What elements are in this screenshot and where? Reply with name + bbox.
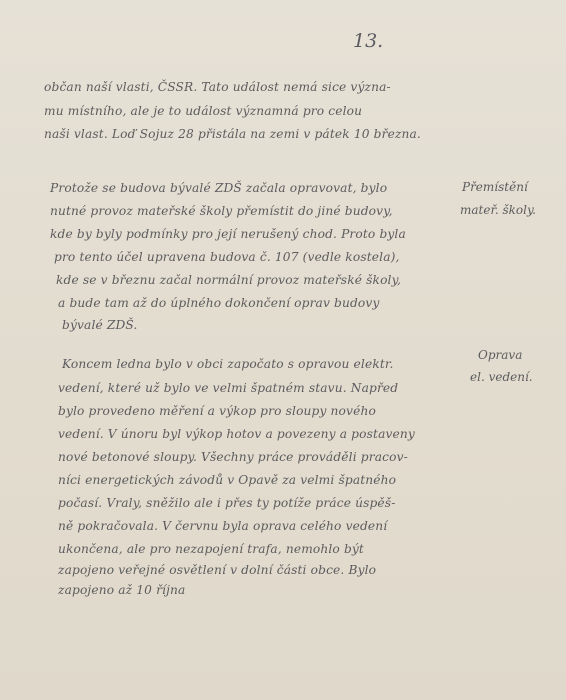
text-line: ně pokračovala. V červnu byla oprava cel…	[58, 519, 387, 533]
text-line: počasí. Vraly, sněžilo ale i přes ty pot…	[58, 496, 395, 510]
text-line: Koncem ledna bylo v obci započato s opra…	[62, 357, 394, 371]
text-line: ukončena, ale pro nezapojení trafa, nemo…	[58, 542, 364, 556]
text-line: vedení. V únoru byl výkop hotov a poveze…	[58, 427, 415, 441]
text-line: bylo provedeno měření a výkop pro sloupy…	[58, 404, 376, 418]
text-line: občan naší vlasti, ČSSR. Tato událost ne…	[44, 80, 391, 94]
notebook-page: 13. občan naší vlasti, ČSSR. Tato událos…	[0, 0, 566, 700]
text-line: bývalé ZDŠ.	[62, 318, 138, 332]
page-number: 13.	[353, 30, 383, 52]
text-line: kde se v březnu začal normální provoz ma…	[56, 273, 401, 287]
margin-note-title: Přemístění	[462, 180, 528, 194]
text-line: níci energetických závodů v Opavě za vel…	[58, 473, 396, 487]
text-line: nutné provoz mateřské školy přemístit do…	[50, 204, 393, 218]
margin-note-subtitle: mateř. školy.	[460, 203, 536, 217]
text-line: Protože se budova bývalé ZDŠ začala opra…	[50, 181, 387, 195]
text-line: zapojeno veřejné osvětlení v dolní části…	[58, 563, 376, 577]
margin-note-subtitle: el. vedení.	[470, 370, 533, 384]
text-line: mu místního, ale je to událost významná …	[44, 104, 362, 118]
text-line: pro tento účel upravena budova č. 107 (v…	[54, 250, 400, 264]
text-line: zapojeno až 10 října	[58, 583, 185, 597]
text-line: nové betonové sloupy. Všechny práce prov…	[58, 450, 408, 464]
text-line: a bude tam až do úplného dokončení oprav…	[58, 296, 380, 310]
margin-note-title: Oprava	[478, 348, 522, 362]
text-line: vedení, které už bylo ve velmi špatném s…	[58, 381, 398, 395]
text-line: naši vlast. Loď Sojuz 28 přistála na zem…	[44, 127, 421, 141]
text-line: kde by byly podmínky pro její nerušený c…	[50, 227, 406, 241]
